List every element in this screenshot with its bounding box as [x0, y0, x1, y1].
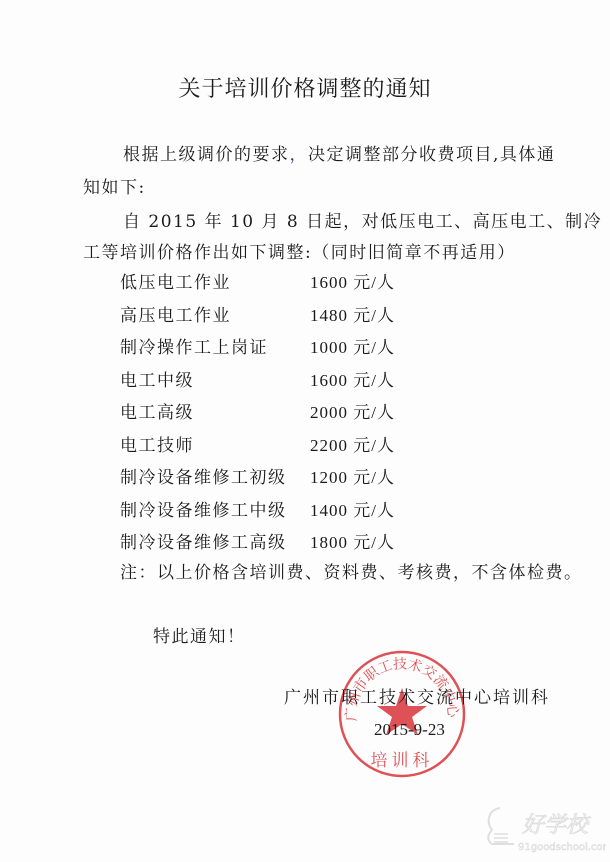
paragraph-1-text-b: 决定调整部分收费项目,具体通: [308, 145, 555, 165]
paragraph-2-line-1: 自 2015 年 10 月 8 日起，对低压电工、高压电工、制冷: [123, 207, 602, 232]
paragraph-1-line-1: 根据上级调价的要求，决定调整部分收费项目,具体通: [123, 140, 555, 165]
course-price: 1480 元/人: [310, 301, 420, 334]
issuing-organization: 广州市职工技术交流中心培训科: [284, 683, 550, 708]
course-price: 1000 元/人: [310, 333, 420, 366]
course-name: 制冷设备维修工中级: [120, 496, 310, 529]
official-seal-icon: 广州市职工技术交流中心 培训科: [336, 648, 468, 780]
course-price: 1400 元/人: [310, 496, 420, 529]
course-price: 2200 元/人: [310, 431, 420, 464]
course-price: 1200 元/人: [310, 463, 420, 496]
course-price: 1600 元/人: [310, 268, 420, 301]
watermark-logo-icon: 好学校 91goodschool.com: [480, 800, 606, 856]
course-name: 制冷操作工上岗证: [120, 333, 310, 366]
price-row: 制冷设备维修工中级1400 元/人: [120, 496, 420, 529]
paragraph-2-line-2: 工等培训价格作出如下调整:（同时旧简章不再适用）: [83, 238, 516, 263]
watermark-url: 91goodschool.com: [518, 842, 606, 853]
price-row: 电工中级1600 元/人: [120, 366, 420, 399]
paragraph-1-line-2: 知如下:: [83, 173, 146, 198]
course-name: 制冷设备维修工初级: [120, 463, 310, 496]
document-page: 关于培训价格调整的通知 根据上级调价的要求，决定调整部分收费项目,具体通 知如下…: [0, 0, 610, 862]
course-name: 高压电工作业: [120, 301, 310, 334]
course-price: 2000 元/人: [310, 398, 420, 431]
price-row: 制冷设备维修工初级1200 元/人: [120, 463, 420, 496]
fee-note: 注：以上价格含培训费、资料费、考核费，不含体检费。: [120, 558, 583, 583]
price-list: 低压电工作业1600 元/人 高压电工作业1480 元/人 制冷操作工上岗证10…: [120, 268, 420, 561]
price-row: 电工技师2200 元/人: [120, 431, 420, 464]
price-row: 制冷设备维修工高级1800 元/人: [120, 528, 420, 561]
course-price: 1800 元/人: [310, 528, 420, 561]
price-row: 制冷操作工上岗证1000 元/人: [120, 333, 420, 366]
course-name: 低压电工作业: [120, 268, 310, 301]
course-name: 电工高级: [120, 398, 310, 431]
document-title: 关于培训价格调整的通知: [0, 72, 610, 103]
paragraph-1-comma: ，: [290, 145, 309, 165]
price-row: 电工高级2000 元/人: [120, 398, 420, 431]
course-name: 电工中级: [120, 366, 310, 399]
watermark-brand: 好学校: [522, 813, 592, 838]
price-row: 高压电工作业1480 元/人: [120, 301, 420, 334]
closing-remark: 特此通知！: [153, 622, 246, 647]
issue-date: 2015-9-23: [374, 720, 445, 740]
paragraph-1-text-a: 根据上级调价的要求: [123, 145, 290, 165]
course-name: 电工技师: [120, 431, 310, 464]
price-row: 低压电工作业1600 元/人: [120, 268, 420, 301]
course-price: 1600 元/人: [310, 366, 420, 399]
seal-bottom-text: 培训科: [371, 751, 434, 771]
course-name: 制冷设备维修工高级: [120, 528, 310, 561]
